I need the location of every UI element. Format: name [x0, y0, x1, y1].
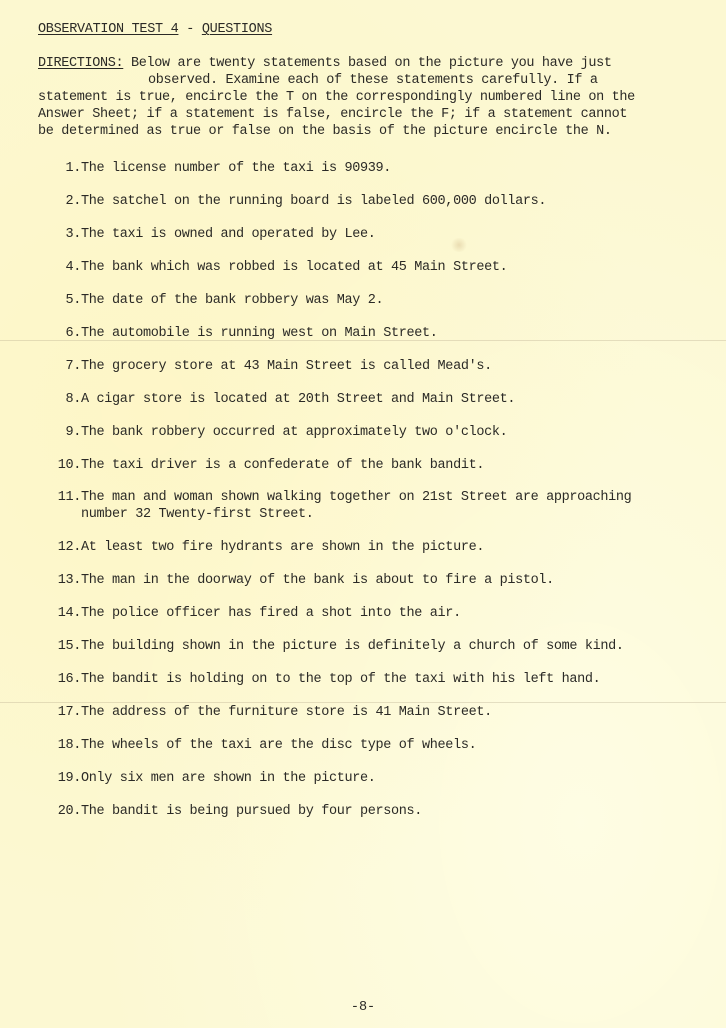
question-number: 19.	[50, 770, 81, 787]
question-item: 10.The taxi driver is a confederate of t…	[36, 457, 484, 474]
question-item: 6.The automobile is running west on Main…	[36, 325, 438, 342]
question-text: The taxi driver is a confederate of the …	[81, 457, 484, 474]
page-number: -8-	[0, 1000, 726, 1015]
question-item: 18.The wheels of the taxi are the disc t…	[36, 737, 476, 754]
question-number: 7.	[50, 358, 81, 375]
question-text: The man in the doorway of the bank is ab…	[81, 572, 554, 589]
question-item: 17.The address of the furniture store is…	[36, 704, 492, 721]
question-text: The wheels of the taxi are the disc type…	[81, 737, 476, 754]
question-item: 8.A cigar store is located at 20th Stree…	[36, 391, 515, 408]
question-item: 4.The bank which was robbed is located a…	[36, 259, 507, 276]
question-number: 18.	[50, 737, 81, 754]
question-number: 11.	[50, 489, 81, 506]
question-number: 10.	[50, 457, 81, 474]
question-text: The man and woman shown walking together…	[81, 489, 631, 506]
question-item: 14.The police officer has fired a shot i…	[36, 605, 461, 622]
question-number: 2.	[50, 193, 81, 210]
question-text: The license number of the taxi is 90939.	[81, 160, 391, 177]
title-test-name: OBSERVATION TEST 4	[38, 22, 178, 37]
question-text: The automobile is running west on Main S…	[81, 325, 438, 342]
question-item: 2.The satchel on the running board is la…	[36, 193, 546, 210]
question-number: 6.	[50, 325, 81, 342]
question-text: The bank robbery occurred at approximate…	[81, 424, 507, 441]
question-item: 11.The man and woman shown walking toget…	[36, 489, 631, 523]
question-item: 3.The taxi is owned and operated by Lee.	[36, 226, 376, 243]
question-item: 13.The man in the doorway of the bank is…	[36, 572, 554, 589]
question-text: The taxi is owned and operated by Lee.	[81, 226, 376, 243]
question-number: 20.	[50, 803, 81, 820]
question-text: The satchel on the running board is labe…	[81, 193, 546, 210]
question-text: Only six men are shown in the picture.	[81, 770, 376, 787]
question-item: 12.At least two fire hydrants are shown …	[36, 539, 484, 556]
question-number: 4.	[50, 259, 81, 276]
question-text: The date of the bank robbery was May 2.	[81, 292, 383, 309]
directions-line: Answer Sheet; if a statement is false, e…	[38, 106, 688, 123]
title-separator: -	[178, 22, 201, 37]
question-number: 12.	[50, 539, 81, 556]
question-number: 1.	[50, 160, 81, 177]
question-number: 9.	[50, 424, 81, 441]
question-text: The address of the furniture store is 41…	[81, 704, 492, 721]
question-number: 17.	[50, 704, 81, 721]
document-page: OBSERVATION TEST 4 - QUESTIONS DIRECTION…	[0, 0, 726, 1028]
question-number: 14.	[50, 605, 81, 622]
question-number: 8.	[50, 391, 81, 408]
question-item: 15.The building shown in the picture is …	[36, 638, 624, 655]
question-number: 13.	[50, 572, 81, 589]
directions-line: Below are twenty statements based on the…	[123, 56, 611, 71]
paper-fold-line	[0, 702, 726, 703]
question-item: 7.The grocery store at 43 Main Street is…	[36, 358, 492, 375]
question-item: 16.The bandit is holding on to the top o…	[36, 671, 600, 688]
question-number: 5.	[50, 292, 81, 309]
question-text: A cigar store is located at 20th Street …	[81, 391, 515, 408]
question-text: The bandit is holding on to the top of t…	[81, 671, 600, 688]
question-item: 9.The bank robbery occurred at approxima…	[36, 424, 507, 441]
question-text: The building shown in the picture is def…	[81, 638, 624, 655]
question-item: 20.The bandit is being pursued by four p…	[36, 803, 422, 820]
paper-stain	[450, 238, 468, 252]
directions-line: statement is true, encircle the T on the…	[38, 89, 688, 106]
question-text: The bank which was robbed is located at …	[81, 259, 507, 276]
directions-line: be determined as true or false on the ba…	[38, 123, 688, 140]
question-item: 1.The license number of the taxi is 9093…	[36, 160, 391, 177]
question-item: 19.Only six men are shown in the picture…	[36, 770, 376, 787]
question-number: 15.	[50, 638, 81, 655]
question-text: The police officer has fired a shot into…	[81, 605, 461, 622]
title-section: QUESTIONS	[202, 22, 272, 37]
question-text: The bandit is being pursued by four pers…	[81, 803, 422, 820]
question-text-continued: number 32 Twenty-first Street.	[36, 506, 631, 523]
directions-label: DIRECTIONS:	[38, 56, 123, 71]
question-number: 3.	[50, 226, 81, 243]
question-text: The grocery store at 43 Main Street is c…	[81, 358, 492, 375]
question-item: 5.The date of the bank robbery was May 2…	[36, 292, 383, 309]
directions-line: observed. Examine each of these statemen…	[38, 72, 688, 89]
directions-block: DIRECTIONS: Below are twenty statements …	[38, 55, 688, 140]
page-title: OBSERVATION TEST 4 - QUESTIONS	[38, 22, 272, 37]
question-number: 16.	[50, 671, 81, 688]
question-text: At least two fire hydrants are shown in …	[81, 539, 484, 556]
